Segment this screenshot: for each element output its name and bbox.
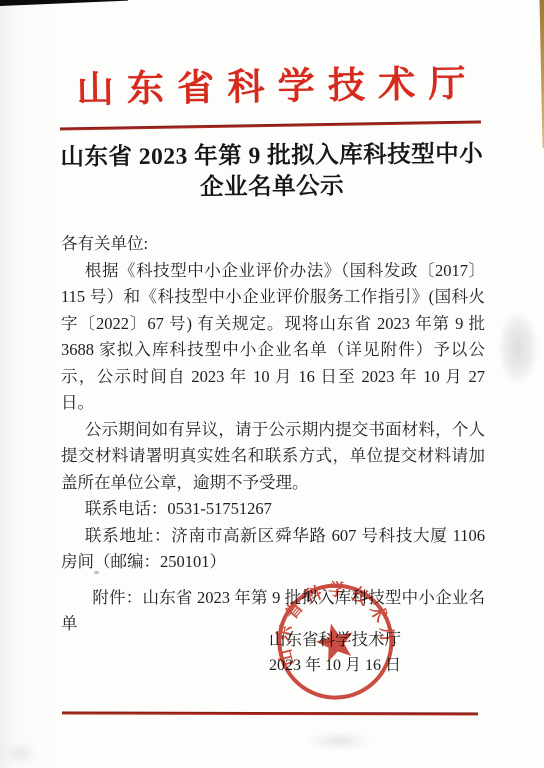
footer-red-rule <box>62 711 478 715</box>
document-body: 各有关单位: 根据《科技型中小企业评价办法》（国科发政〔2017〕115 号）和… <box>61 231 485 638</box>
letterhead-agency-name: 山 东 省 科 学 技 术 厅 <box>0 52 544 115</box>
paragraph-objection: 公示期间如有异议，请于公示期内提交书面材料，个人提交材料请署明真实姓名和联系方式… <box>61 417 485 497</box>
contact-phone: 联系电话：0531-51751267 <box>61 496 485 523</box>
scan-smudge <box>0 738 42 768</box>
scan-smudge <box>296 728 382 754</box>
contact-address: 联系地址：济南市高新区舜华路 607 号科技大厦 1106 房间（邮编：2501… <box>61 523 485 576</box>
document-title-line1: 山东省 2023 年第 9 批拟入库科技型中小 <box>30 139 514 174</box>
paragraph-regulation: 根据《科技型中小企业评价办法》（国科发政〔2017〕115 号）和《科技型中小企… <box>61 258 485 417</box>
letterhead-red-rule <box>60 121 481 131</box>
document-page: 山 东 省 科 学 技 术 厅 山东省 2023 年第 9 批拟入库科技型中小 … <box>0 0 544 768</box>
document-title-line2: 企业名单公示 <box>30 170 514 205</box>
scan-artifact-top-edge <box>0 0 128 6</box>
document-title: 山东省 2023 年第 9 批拟入库科技型中小 企业名单公示 <box>30 139 514 205</box>
seal-star-icon <box>312 619 358 663</box>
scan-smudge <box>492 300 544 396</box>
salutation: 各有关单位: <box>61 231 485 258</box>
